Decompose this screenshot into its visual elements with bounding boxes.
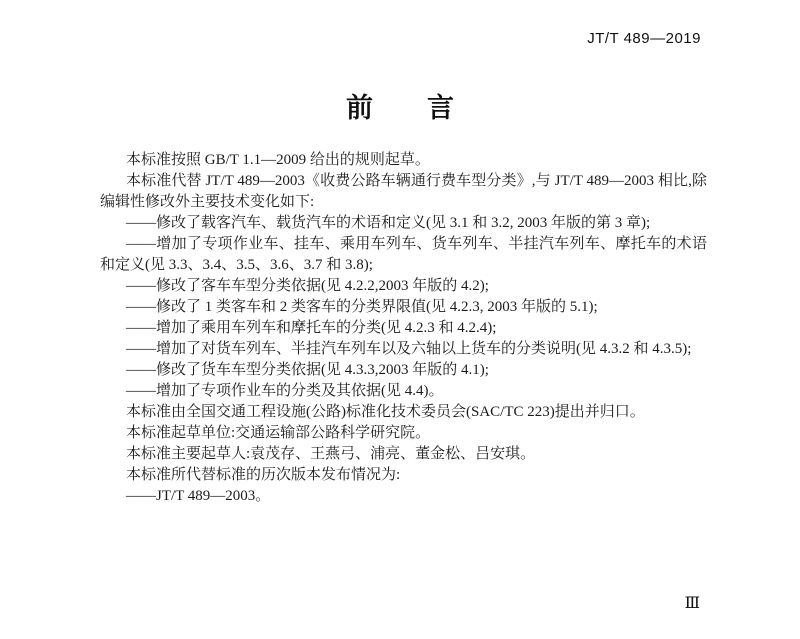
- document-page: JT/T 489—2019 前 言 本标准按照 GB/T 1.1—2009 给出…: [0, 0, 800, 639]
- foreword-paragraph: 本标准代替 JT/T 489—2003《收费公路车辆通行费车型分类》,与 JT/…: [100, 171, 707, 213]
- foreword-change-item: ——修改了货车车型分类依据(见 4.3.3,2003 年版的 4.1);: [100, 360, 707, 381]
- foreword-paragraph: 本标准起草单位:交通运输部公路科学研究院。: [100, 423, 707, 444]
- foreword-change-item: ——修改了载客汽车、载货汽车的术语和定义(见 3.1 和 3.2, 2003 年…: [100, 213, 707, 234]
- foreword-change-item: ——修改了客车车型分类依据(见 4.2.2,2003 年版的 4.2);: [100, 276, 707, 297]
- page-number: Ⅲ: [685, 593, 700, 613]
- foreword-change-item: ——修改了 1 类客车和 2 类客车的分类界限值(见 4.2.3, 2003 年…: [100, 297, 707, 318]
- foreword-change-item: ——增加了专项作业车的分类及其依据(见 4.4)。: [100, 381, 707, 402]
- foreword-paragraph: 本标准主要起草人:袁茂存、王燕弓、浦亮、董金松、吕安琪。: [100, 444, 707, 465]
- foreword-paragraph: 本标准由全国交通工程设施(公路)标准化技术委员会(SAC/TC 223)提出并归…: [100, 402, 707, 423]
- foreword-body: 本标准按照 GB/T 1.1—2009 给出的规则起草。 本标准代替 JT/T …: [100, 150, 707, 507]
- foreword-paragraph: 本标准所代替标准的历次版本发布情况为:: [100, 465, 707, 486]
- foreword-change-item: ——增加了对货车列车、半挂汽车列车以及六轴以上货车的分类说明(见 4.3.2 和…: [100, 339, 707, 360]
- foreword-paragraph: 本标准按照 GB/T 1.1—2009 给出的规则起草。: [100, 150, 707, 171]
- foreword-change-item: ——增加了乘用车列车和摩托车的分类(见 4.2.3 和 4.2.4);: [100, 318, 707, 339]
- foreword-title: 前 言: [0, 86, 800, 125]
- foreword-change-item: ——增加了专项作业车、挂车、乘用车列车、货车列车、半挂汽车列车、摩托车的术语和定…: [100, 234, 707, 276]
- standard-number: JT/T 489—2019: [587, 30, 701, 47]
- foreword-previous-edition: ——JT/T 489—2003。: [100, 486, 707, 507]
